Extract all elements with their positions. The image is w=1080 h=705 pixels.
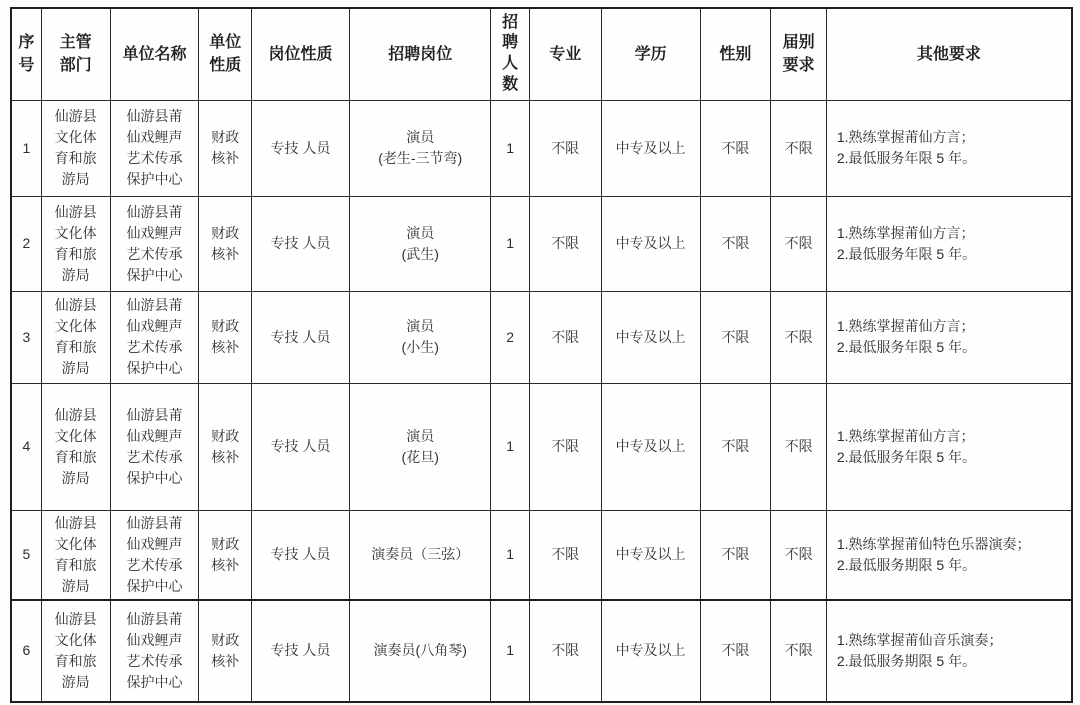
cell-major: 不限 — [529, 100, 601, 196]
cell-gender: 不限 — [700, 291, 771, 383]
cell-position: 演员 (小生) — [349, 291, 490, 383]
cell-education: 中专及以上 — [601, 600, 700, 702]
cell-major: 不限 — [529, 196, 601, 291]
column-header-major: 专业 — [529, 8, 601, 100]
cell-position_type: 专技 人员 — [251, 510, 349, 600]
cell-unit_type: 财政 核补 — [199, 600, 252, 702]
column-header-position_type: 岗位性质 — [251, 8, 349, 100]
cell-position: 演员 (老生-三节弯) — [349, 100, 490, 196]
cell-position: 演奏员（三弦） — [349, 510, 490, 600]
cell-education: 中专及以上 — [601, 383, 700, 510]
cell-cohort: 不限 — [771, 291, 827, 383]
table-row: 5仙游县 文化体 育和旅 游局仙游县莆 仙戏鲤声 艺术传承 保护中心财政 核补专… — [11, 510, 1072, 600]
cell-unit_type: 财政 核补 — [199, 510, 252, 600]
cell-headcount: 2 — [491, 291, 529, 383]
cell-headcount: 1 — [491, 383, 529, 510]
cell-position_type: 专技 人员 — [251, 100, 349, 196]
column-header-index: 序 号 — [11, 8, 41, 100]
cell-position_type: 专技 人员 — [251, 196, 349, 291]
cell-cohort: 不限 — [771, 100, 827, 196]
cell-unit_name: 仙游县莆 仙戏鲤声 艺术传承 保护中心 — [110, 600, 199, 702]
cell-unit_type: 财政 核补 — [199, 196, 252, 291]
cell-position_type: 专技 人员 — [251, 600, 349, 702]
cell-cohort: 不限 — [771, 510, 827, 600]
cell-position: 演奏员(八角琴) — [349, 600, 490, 702]
cell-education: 中专及以上 — [601, 510, 700, 600]
cell-index: 1 — [11, 100, 41, 196]
cell-unit_type: 财政 核补 — [199, 383, 252, 510]
cell-index: 5 — [11, 510, 41, 600]
recruitment-positions-table: 序 号主管 部门单位名称单位 性质岗位性质招聘岗位招 聘 人 数专业学历性别届别… — [10, 7, 1073, 703]
cell-other: 1.熟练掌握莆仙音乐演奏； 2.最低服务期限 5 年。 — [826, 600, 1072, 702]
cell-headcount: 1 — [491, 100, 529, 196]
table-row: 6仙游县 文化体 育和旅 游局仙游县莆 仙戏鲤声 艺术传承 保护中心财政 核补专… — [11, 600, 1072, 702]
cell-unit_name: 仙游县莆 仙戏鲤声 艺术传承 保护中心 — [110, 383, 199, 510]
cell-unit_name: 仙游县莆 仙戏鲤声 艺术传承 保护中心 — [110, 100, 199, 196]
cell-department: 仙游县 文化体 育和旅 游局 — [41, 196, 110, 291]
cell-other: 1.熟练掌握莆仙方言； 2.最低服务年限 5 年。 — [826, 100, 1072, 196]
cell-gender: 不限 — [700, 100, 771, 196]
column-header-education: 学历 — [601, 8, 700, 100]
cell-cohort: 不限 — [771, 196, 827, 291]
cell-headcount: 1 — [491, 196, 529, 291]
table-row: 1仙游县 文化体 育和旅 游局仙游县莆 仙戏鲤声 艺术传承 保护中心财政 核补专… — [11, 100, 1072, 196]
cell-unit_type: 财政 核补 — [199, 100, 252, 196]
column-header-cohort: 届别 要求 — [771, 8, 827, 100]
column-header-unit_name: 单位名称 — [110, 8, 199, 100]
recruitment-notice-page: 序 号主管 部门单位名称单位 性质岗位性质招聘岗位招 聘 人 数专业学历性别届别… — [0, 0, 1080, 705]
cell-cohort: 不限 — [771, 600, 827, 702]
column-header-gender: 性别 — [700, 8, 771, 100]
cell-gender: 不限 — [700, 196, 771, 291]
cell-gender: 不限 — [700, 510, 771, 600]
cell-major: 不限 — [529, 600, 601, 702]
column-header-other: 其他要求 — [826, 8, 1072, 100]
cell-index: 4 — [11, 383, 41, 510]
cell-headcount: 1 — [491, 510, 529, 600]
table-row: 2仙游县 文化体 育和旅 游局仙游县莆 仙戏鲤声 艺术传承 保护中心财政 核补专… — [11, 196, 1072, 291]
cell-education: 中专及以上 — [601, 100, 700, 196]
cell-unit_name: 仙游县莆 仙戏鲤声 艺术传承 保护中心 — [110, 196, 199, 291]
cell-position: 演员 (武生) — [349, 196, 490, 291]
cell-education: 中专及以上 — [601, 291, 700, 383]
cell-other: 1.熟练掌握莆仙方言； 2.最低服务年限 5 年。 — [826, 291, 1072, 383]
cell-cohort: 不限 — [771, 383, 827, 510]
cell-gender: 不限 — [700, 383, 771, 510]
cell-gender: 不限 — [700, 600, 771, 702]
cell-position_type: 专技 人员 — [251, 291, 349, 383]
cell-index: 6 — [11, 600, 41, 702]
cell-major: 不限 — [529, 291, 601, 383]
cell-unit_name: 仙游县莆 仙戏鲤声 艺术传承 保护中心 — [110, 510, 199, 600]
table-row: 3仙游县 文化体 育和旅 游局仙游县莆 仙戏鲤声 艺术传承 保护中心财政 核补专… — [11, 291, 1072, 383]
cell-major: 不限 — [529, 383, 601, 510]
cell-department: 仙游县 文化体 育和旅 游局 — [41, 510, 110, 600]
cell-major: 不限 — [529, 510, 601, 600]
table-row: 4仙游县 文化体 育和旅 游局仙游县莆 仙戏鲤声 艺术传承 保护中心财政 核补专… — [11, 383, 1072, 510]
column-header-headcount: 招 聘 人 数 — [491, 8, 529, 100]
cell-index: 3 — [11, 291, 41, 383]
cell-position_type: 专技 人员 — [251, 383, 349, 510]
cell-department: 仙游县 文化体 育和旅 游局 — [41, 100, 110, 196]
cell-department: 仙游县 文化体 育和旅 游局 — [41, 291, 110, 383]
cell-position: 演员 (花旦) — [349, 383, 490, 510]
cell-department: 仙游县 文化体 育和旅 游局 — [41, 383, 110, 510]
cell-other: 1.熟练掌握莆仙方言； 2.最低服务年限 5 年。 — [826, 196, 1072, 291]
cell-headcount: 1 — [491, 600, 529, 702]
table-header-row: 序 号主管 部门单位名称单位 性质岗位性质招聘岗位招 聘 人 数专业学历性别届别… — [11, 8, 1072, 100]
cell-other: 1.熟练掌握莆仙特色乐器演奏； 2.最低服务期限 5 年。 — [826, 510, 1072, 600]
column-header-department: 主管 部门 — [41, 8, 110, 100]
cell-unit_name: 仙游县莆 仙戏鲤声 艺术传承 保护中心 — [110, 291, 199, 383]
cell-other: 1.熟练掌握莆仙方言； 2.最低服务年限 5 年。 — [826, 383, 1072, 510]
cell-index: 2 — [11, 196, 41, 291]
cell-education: 中专及以上 — [601, 196, 700, 291]
cell-unit_type: 财政 核补 — [199, 291, 252, 383]
column-header-unit_type: 单位 性质 — [199, 8, 252, 100]
column-header-position: 招聘岗位 — [349, 8, 490, 100]
cell-department: 仙游县 文化体 育和旅 游局 — [41, 600, 110, 702]
